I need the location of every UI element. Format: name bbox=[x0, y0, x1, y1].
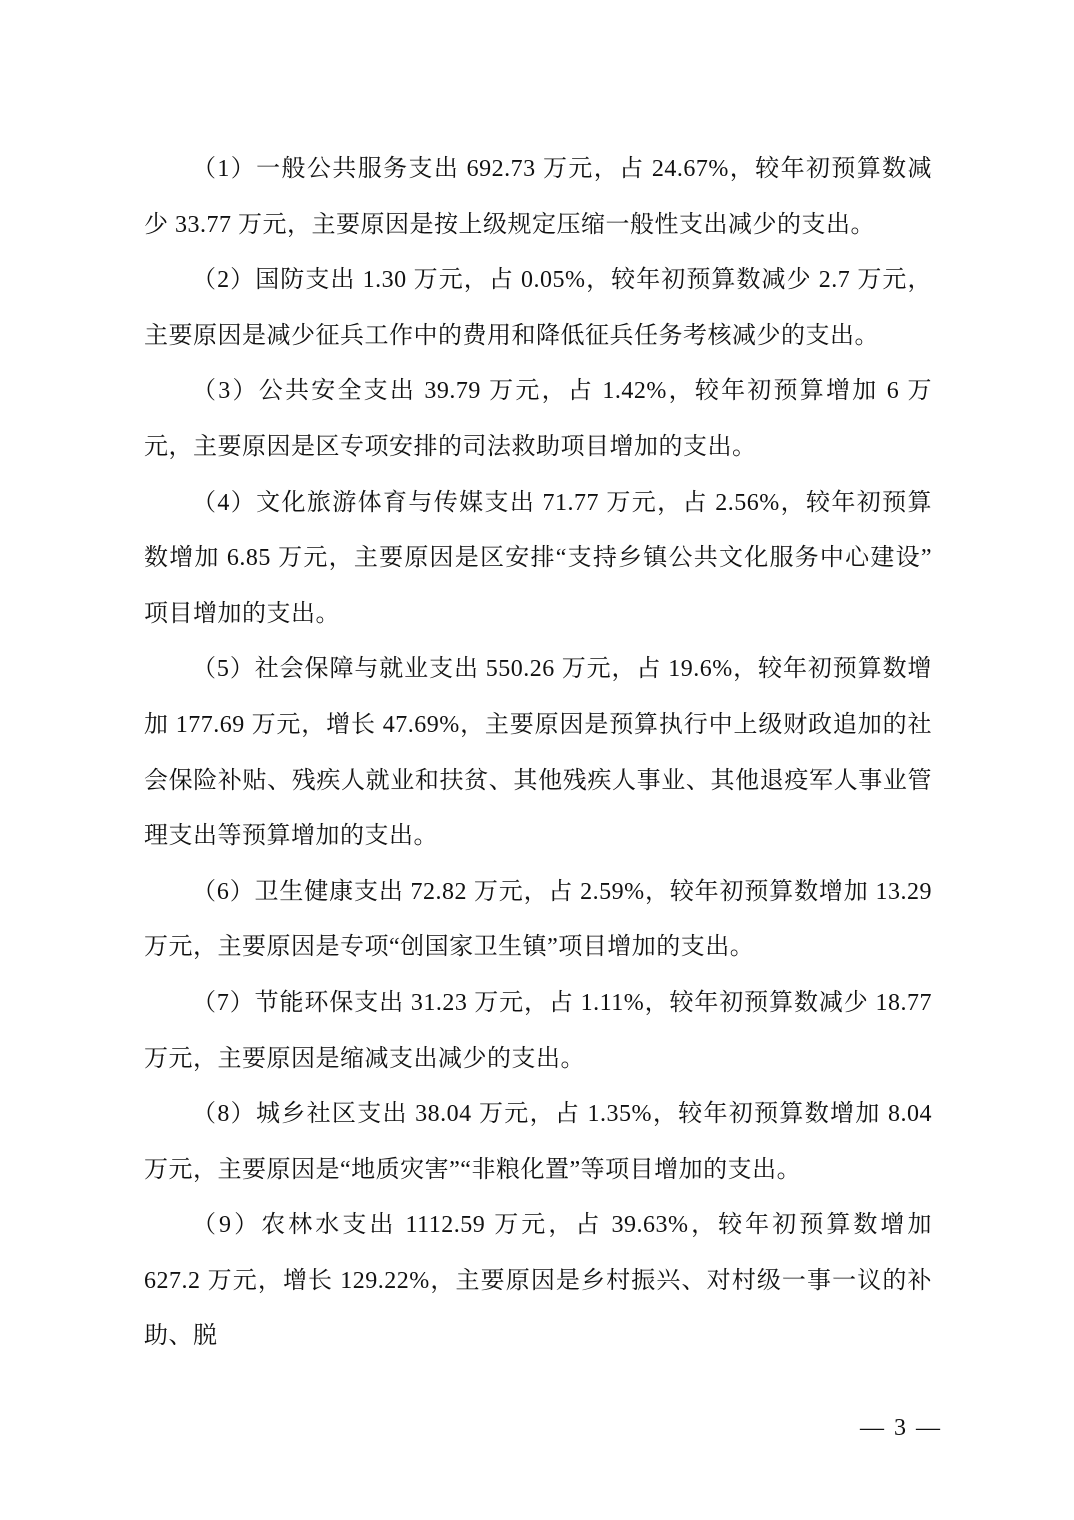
paragraph-8: （8）城乡社区支出 38.04 万元，占 1.35%，较年初预算数增加 8.04… bbox=[144, 1087, 932, 1198]
paragraph-4: （4）文化旅游体育与传媒支出 71.77 万元，占 2.56%，较年初预算数增加… bbox=[144, 476, 932, 643]
paragraph-9: （9）农林水支出 1112.59 万元，占 39.63%，较年初预算数增加 62… bbox=[144, 1198, 932, 1365]
document-page: （1）一般公共服务支出 692.73 万元，占 24.67%，较年初预算数减少 … bbox=[0, 0, 1074, 1520]
paragraph-6: （6）卫生健康支出 72.82 万元，占 2.59%，较年初预算数增加 13.2… bbox=[144, 865, 932, 976]
paragraph-5: （5）社会保障与就业支出 550.26 万元，占 19.6%，较年初预算数增加 … bbox=[144, 642, 932, 864]
paragraph-2: （2）国防支出 1.30 万元，占 0.05%，较年初预算数减少 2.7 万元，… bbox=[144, 253, 932, 364]
paragraph-3: （3）公共安全支出 39.79 万元，占 1.42%，较年初预算增加 6 万元，… bbox=[144, 364, 932, 475]
paragraph-7: （7）节能环保支出 31.23 万元，占 1.11%，较年初预算数减少 18.7… bbox=[144, 976, 932, 1087]
page-number: — 3 — bbox=[860, 1408, 942, 1448]
document-body: （1）一般公共服务支出 692.73 万元，占 24.67%，较年初预算数减少 … bbox=[144, 142, 932, 1365]
paragraph-1: （1）一般公共服务支出 692.73 万元，占 24.67%，较年初预算数减少 … bbox=[144, 142, 932, 253]
